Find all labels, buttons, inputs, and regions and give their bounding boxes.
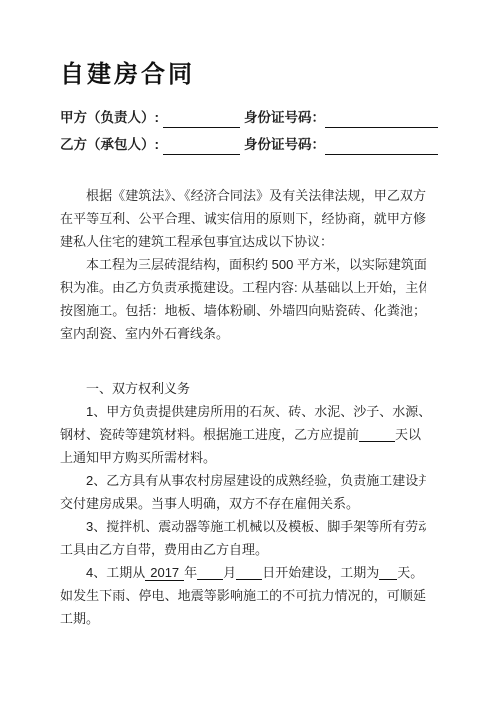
contract-document-page: 自建房合同 甲方（负责人）: 身份证号码： 乙方（承包人）: 身份证号码： 根据…: [0, 0, 496, 702]
item4-line-1-text-e: 天。: [397, 565, 423, 580]
item1-line-2-text-b: 天以: [395, 427, 421, 442]
item1-line-2-text-a: 钢材、瓷砖等建筑材料。根据施工进度，乙方应提前: [60, 427, 359, 442]
scope-line-3: 按图施工。包括：地板、墙体粉刷、外墙四向贴瓷砖、化粪池；: [60, 299, 426, 322]
item1-line-3: 上通知甲方购买所需材料。: [60, 446, 426, 469]
item4-line-3: 工期。: [60, 607, 426, 630]
item4-line-1-text-d: 日开始建设，工期为: [262, 565, 379, 580]
scope-line-1: 本工程为三层砖混结构，面积约 500 平方米，以实际建筑面: [60, 253, 426, 276]
party-a-label: 甲方（负责人）:: [60, 104, 159, 131]
item3-line-2: 工具由乙方自带，费用由乙方自理。: [60, 538, 426, 561]
notice-days-blank: [359, 425, 395, 442]
start-day-blank: [236, 563, 262, 580]
item4-line-2: 如发生下雨、停电、地震等影响施工的不可抗力情况的，可顺延: [60, 584, 426, 607]
start-year-blank: 2017: [145, 565, 184, 581]
item4-line-1-text-c: 月: [223, 565, 236, 580]
parties-block: 甲方（负责人）: 身份证号码： 乙方（承包人）: 身份证号码：: [60, 104, 438, 158]
item3-line-1: 3、搅拌机、震动器等施工机械以及模板、脚手架等所有劳动: [60, 515, 426, 538]
item1-line-1: 1、甲方负责提供建房所用的石灰、砖、水泥、沙子、水源、: [60, 400, 426, 423]
item2-line-1: 2、乙方具有从事农村房屋建设的成熟经验，负责施工建设并: [60, 469, 426, 492]
scope-line-4: 室内刮瓷、室内外石膏线条。: [60, 322, 426, 345]
party-a-id-blank: [325, 104, 438, 128]
party-b-label: 乙方（承包人）:: [60, 131, 159, 158]
item4-line-1-text-b: 年: [184, 565, 197, 580]
start-month-blank: [197, 563, 223, 580]
party-a-name-blank: [163, 104, 240, 128]
item2-line-2: 交付建房成果。当事人明确，双方不存在雇佣关系。: [60, 492, 426, 515]
document-title: 自建房合同: [60, 60, 426, 90]
party-a-id-label: 身份证号码：: [244, 104, 325, 131]
party-b-row: 乙方（承包人）: 身份证号码：: [60, 131, 438, 158]
intro-line-3: 建私人住宅的建筑工程承包事宜达成以下协议：: [60, 230, 426, 253]
party-b-id-label: 身份证号码：: [244, 131, 325, 158]
item4-line-1-text-a: 4、工期从: [86, 565, 145, 580]
party-a-row: 甲方（负责人）: 身份证号码：: [60, 104, 438, 131]
section1-heading: 一、双方权利义务: [60, 377, 426, 400]
duration-days-blank: [379, 563, 397, 580]
intro-line-2: 在平等互利、公平合理、诚实信用的原则下，经协商，就甲方修: [60, 207, 426, 230]
intro-line-1: 根据《建筑法》、《经济合同法》及有关法律法规，甲乙双方: [60, 184, 426, 207]
item1-line-2: 钢材、瓷砖等建筑材料。根据施工进度，乙方应提前天以: [60, 423, 426, 446]
contract-body: 根据《建筑法》、《经济合同法》及有关法律法规，甲乙双方 在平等互利、公平合理、诚…: [60, 184, 426, 630]
party-b-id-blank: [325, 131, 438, 155]
party-b-name-blank: [163, 131, 240, 155]
item4-line-1: 4、工期从2017年月日开始建设，工期为天。: [60, 561, 426, 584]
scope-line-2: 积为准。由乙方负责承揽建设。工程内容: 从基础以上开始，主体: [60, 276, 426, 299]
